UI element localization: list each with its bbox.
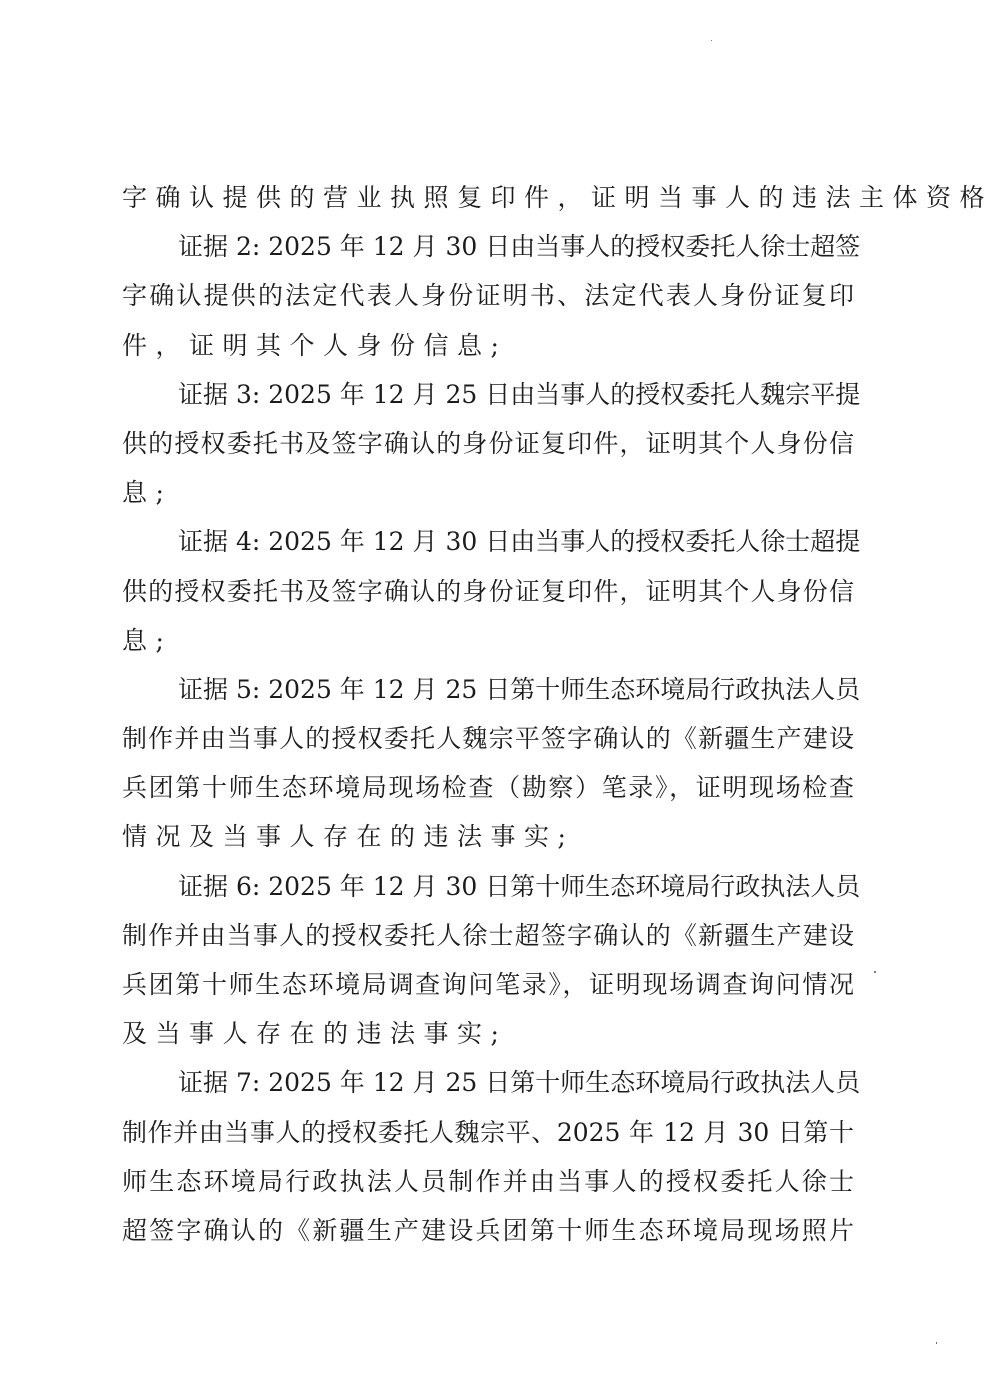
- scan-speck: [874, 971, 876, 973]
- text-line: 制作并由当事人的授权委托人魏宗平签字确认的《新疆生产建设: [122, 714, 854, 763]
- text-line: 字确认提供的法定代表人身份证明书、法定代表人身份证复印: [122, 271, 854, 320]
- text-line: 息;: [122, 616, 854, 665]
- evidence-3-heading-line: 证据 3: 2025 年 12 月 25 日由当事人的授权委托人魏宗平提: [122, 370, 854, 419]
- text-line: 供的授权委托书及签字确认的身份证复印件，证明其个人身份信: [122, 567, 854, 616]
- evidence-4-heading-line: 证据 4: 2025 年 12 月 30 日由当事人的授权委托人徐士超提: [122, 517, 854, 566]
- text-line: 及当事人存在的违法事实;: [122, 1009, 854, 1058]
- evidence-2-heading-line: 证据 2: 2025 年 12 月 30 日由当事人的授权委托人徐士超签: [122, 222, 854, 271]
- scan-speck: [711, 40, 712, 41]
- text-line: 情况及当事人存在的违法事实;: [122, 812, 854, 861]
- evidence-7-heading-line: 证据 7: 2025 年 12 月 25 日第十师生态环境局行政执法人员: [122, 1058, 854, 1107]
- scan-speck: [936, 1342, 937, 1344]
- text-line: 兵团第十师生态环境局现场检查（勘察）笔录》，证明现场检查: [122, 763, 854, 812]
- text-line: 师生态环境局行政执法人员制作并由当事人的授权委托人徐士: [122, 1157, 854, 1206]
- text-line: 制作并由当事人的授权委托人魏宗平、2025 年 12 月 30 日第十: [122, 1108, 854, 1157]
- text-line: 超签字确认的《新疆生产建设兵团第十师生态环境局现场照片: [122, 1206, 854, 1255]
- text-line: 件，证明其个人身份信息;: [122, 321, 854, 370]
- text-line: 兵团第十师生态环境局调查询问笔录》，证明现场调查询问情况: [122, 960, 854, 1009]
- document-page: 字确认提供的营业执照复印件，证明当事人的违法主体资格; 证据 2: 2025 年…: [0, 0, 990, 1400]
- text-line: 息;: [122, 468, 854, 517]
- evidence-5-heading-line: 证据 5: 2025 年 12 月 25 日第十师生态环境局行政执法人员: [122, 665, 854, 714]
- evidence-6-heading-line: 证据 6: 2025 年 12 月 30 日第十师生态环境局行政执法人员: [122, 862, 854, 911]
- text-line: 供的授权委托书及签字确认的身份证复印件，证明其个人身份信: [122, 419, 854, 468]
- text-line: 字确认提供的营业执照复印件，证明当事人的违法主体资格;: [122, 173, 854, 222]
- evidence-list-body: 字确认提供的营业执照复印件，证明当事人的违法主体资格; 证据 2: 2025 年…: [122, 173, 854, 1255]
- text-line: 制作并由当事人的授权委托人徐士超签字确认的《新疆生产建设: [122, 911, 854, 960]
